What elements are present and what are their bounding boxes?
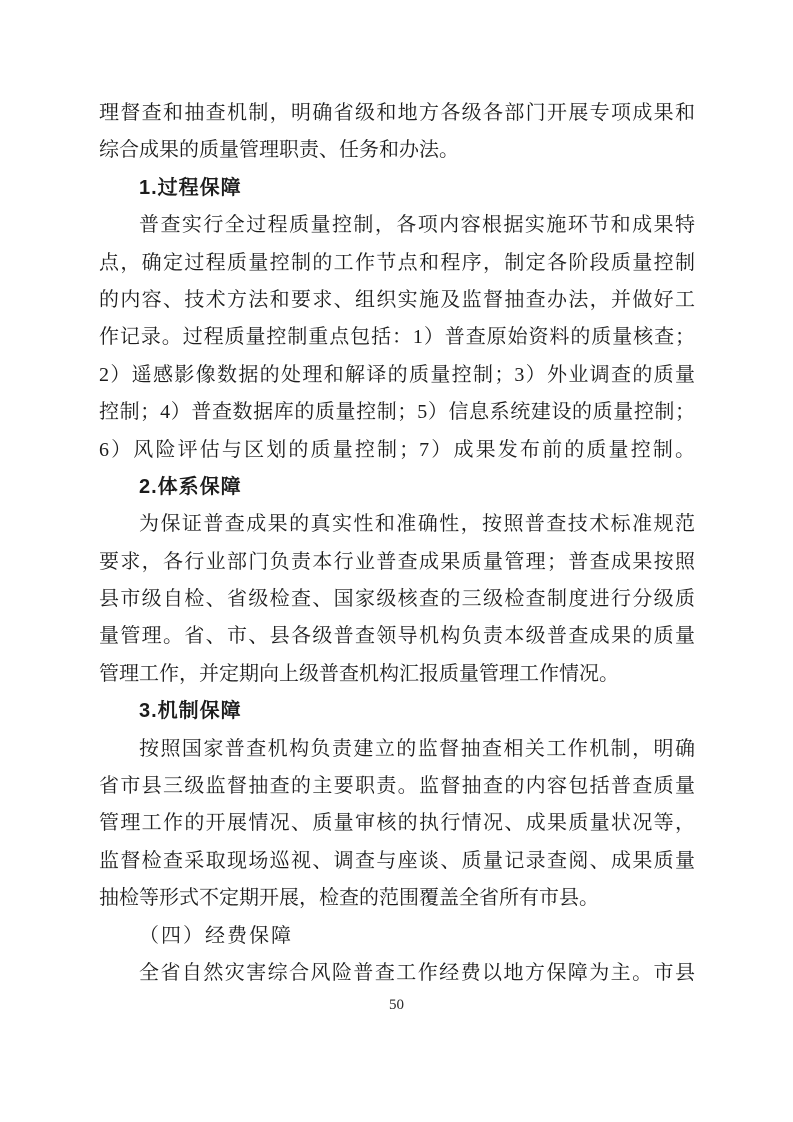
body-line: 抽检等形式不定期开展，检查的范围覆盖全省所有市县。 (99, 880, 695, 917)
body-line: 管理工作的开展情况、质量审核的执行情况、成果质量状况等， (99, 805, 695, 842)
body-line: 省市县三级监督抽查的主要职责。监督抽查的内容包括普查质量 (99, 768, 695, 805)
body-line: 控制；4）普查数据库的质量控制；5）信息系统建设的质量控制； (99, 394, 695, 431)
body-line: 2）遥感影像数据的处理和解译的质量控制；3）外业调查的质量 (99, 357, 695, 394)
document-page: 理督查和抽查机制，明确省级和地方各级各部门开展专项成果和 综合成果的质量管理职责… (0, 0, 793, 1122)
body-line: 综合成果的质量管理职责、任务和办法。 (99, 132, 695, 169)
text-block: 理督查和抽查机制，明确省级和地方各级各部门开展专项成果和 综合成果的质量管理职责… (99, 95, 695, 992)
body-line: 普查实行全过程质量控制，各项内容根据实施环节和成果特 (99, 207, 695, 244)
heading-funding: （四）经费保障 (99, 918, 695, 955)
body-line: 全省自然灾害综合风险普查工作经费以地方保障为主。市县 (99, 955, 695, 992)
body-line: 理督查和抽查机制，明确省级和地方各级各部门开展专项成果和 (99, 95, 695, 132)
body-line: 6）风险评估与区划的质量控制；7）成果发布前的质量控制。 (99, 432, 695, 469)
heading-process: 1.过程保障 (99, 170, 695, 207)
page-number: 50 (0, 997, 793, 1014)
body-line: 作记录。过程质量控制重点包括：1）普查原始资料的质量核查； (99, 319, 695, 356)
body-line: 按照国家普查机构负责建立的监督抽查相关工作机制，明确 (99, 731, 695, 768)
body-line: 量管理。省、市、县各级普查领导机构负责本级普查成果的质量 (99, 618, 695, 655)
body-line: 管理工作，并定期向上级普查机构汇报质量管理工作情况。 (99, 656, 695, 693)
body-line: 监督检查采取现场巡视、调查与座谈、质量记录查阅、成果质量 (99, 843, 695, 880)
body-line: 为保证普查成果的真实性和准确性，按照普查技术标准规范 (99, 506, 695, 543)
heading-mechanism: 3.机制保障 (99, 693, 695, 730)
body-line: 的内容、技术方法和要求、组织实施及监督抽查办法，并做好工 (99, 282, 695, 319)
body-line: 要求，各行业部门负责本行业普查成果质量管理；普查成果按照 (99, 544, 695, 581)
body-line: 点，确定过程质量控制的工作节点和程序，制定各阶段质量控制 (99, 245, 695, 282)
body-line: 县市级自检、省级检查、国家级核查的三级检查制度进行分级质 (99, 581, 695, 618)
heading-system: 2.体系保障 (99, 469, 695, 506)
